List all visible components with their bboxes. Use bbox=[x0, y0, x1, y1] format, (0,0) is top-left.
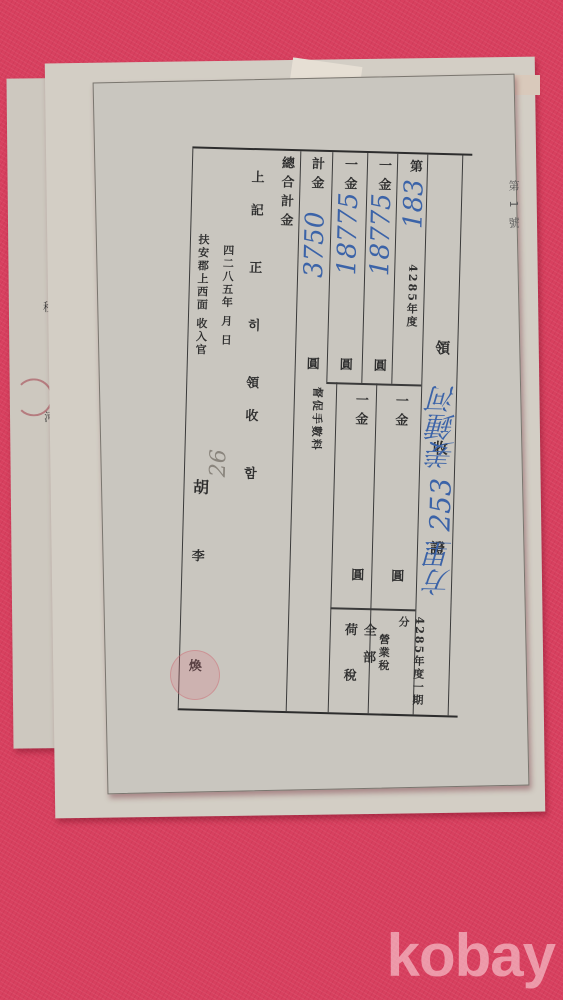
row-rule bbox=[326, 382, 421, 386]
row-rule bbox=[330, 607, 415, 611]
issuer: 扶安郡上西面 收入官 bbox=[192, 234, 211, 357]
signature-1: 胡 bbox=[188, 478, 212, 501]
fiscal-year: 4285年度 bbox=[403, 264, 421, 329]
back-sheet-stamp bbox=[15, 378, 53, 416]
year-period: 4285年度一期分 bbox=[393, 616, 428, 715]
confirmation-text: 上記 正 히 領收 함 bbox=[238, 170, 266, 499]
amount-unit-2: 圓 bbox=[334, 357, 353, 376]
date-day: 26 bbox=[206, 449, 232, 478]
receipt-number: 183 bbox=[398, 179, 429, 229]
receipt-side-label: 第 1 號 bbox=[505, 180, 521, 231]
total-unit: 圓 bbox=[301, 356, 320, 375]
grand-total-label: 總合計金 bbox=[275, 156, 296, 232]
category-unit-1: 圓 bbox=[386, 569, 405, 588]
category-unit-2: 圓 bbox=[346, 568, 365, 587]
kobay-watermark: kobay bbox=[387, 921, 555, 990]
amount-label-2: 一金 bbox=[339, 157, 359, 195]
amount-unit-1: 圓 bbox=[368, 358, 387, 377]
signature-2: 李 bbox=[186, 548, 205, 567]
column-rule bbox=[328, 382, 338, 712]
total-value: 3750 bbox=[299, 211, 331, 278]
total-label: 計金 bbox=[306, 156, 326, 194]
red-seal-stamp bbox=[170, 650, 220, 700]
column-rule bbox=[286, 151, 302, 711]
fee-label: 督促手數料 bbox=[308, 387, 326, 452]
category-label-1: 一金 bbox=[390, 394, 410, 432]
receipt-form: 領 收 證 第 183 4285年度 一金 18775 圓 一金 18775 圓… bbox=[178, 146, 473, 717]
tax-type: 全部 荷 稅 bbox=[338, 622, 378, 713]
amount-value-2: 18775 bbox=[332, 192, 364, 275]
amount-value-1: 18775 bbox=[365, 193, 397, 276]
number-label: 第 bbox=[405, 159, 424, 178]
payer-name: 方里 253 姜鍾河 bbox=[419, 385, 465, 597]
date-line: 四二八五年 月 日 bbox=[217, 244, 236, 347]
category-label-2: 一金 bbox=[350, 393, 370, 431]
amount-label-1: 一金 bbox=[373, 158, 393, 196]
